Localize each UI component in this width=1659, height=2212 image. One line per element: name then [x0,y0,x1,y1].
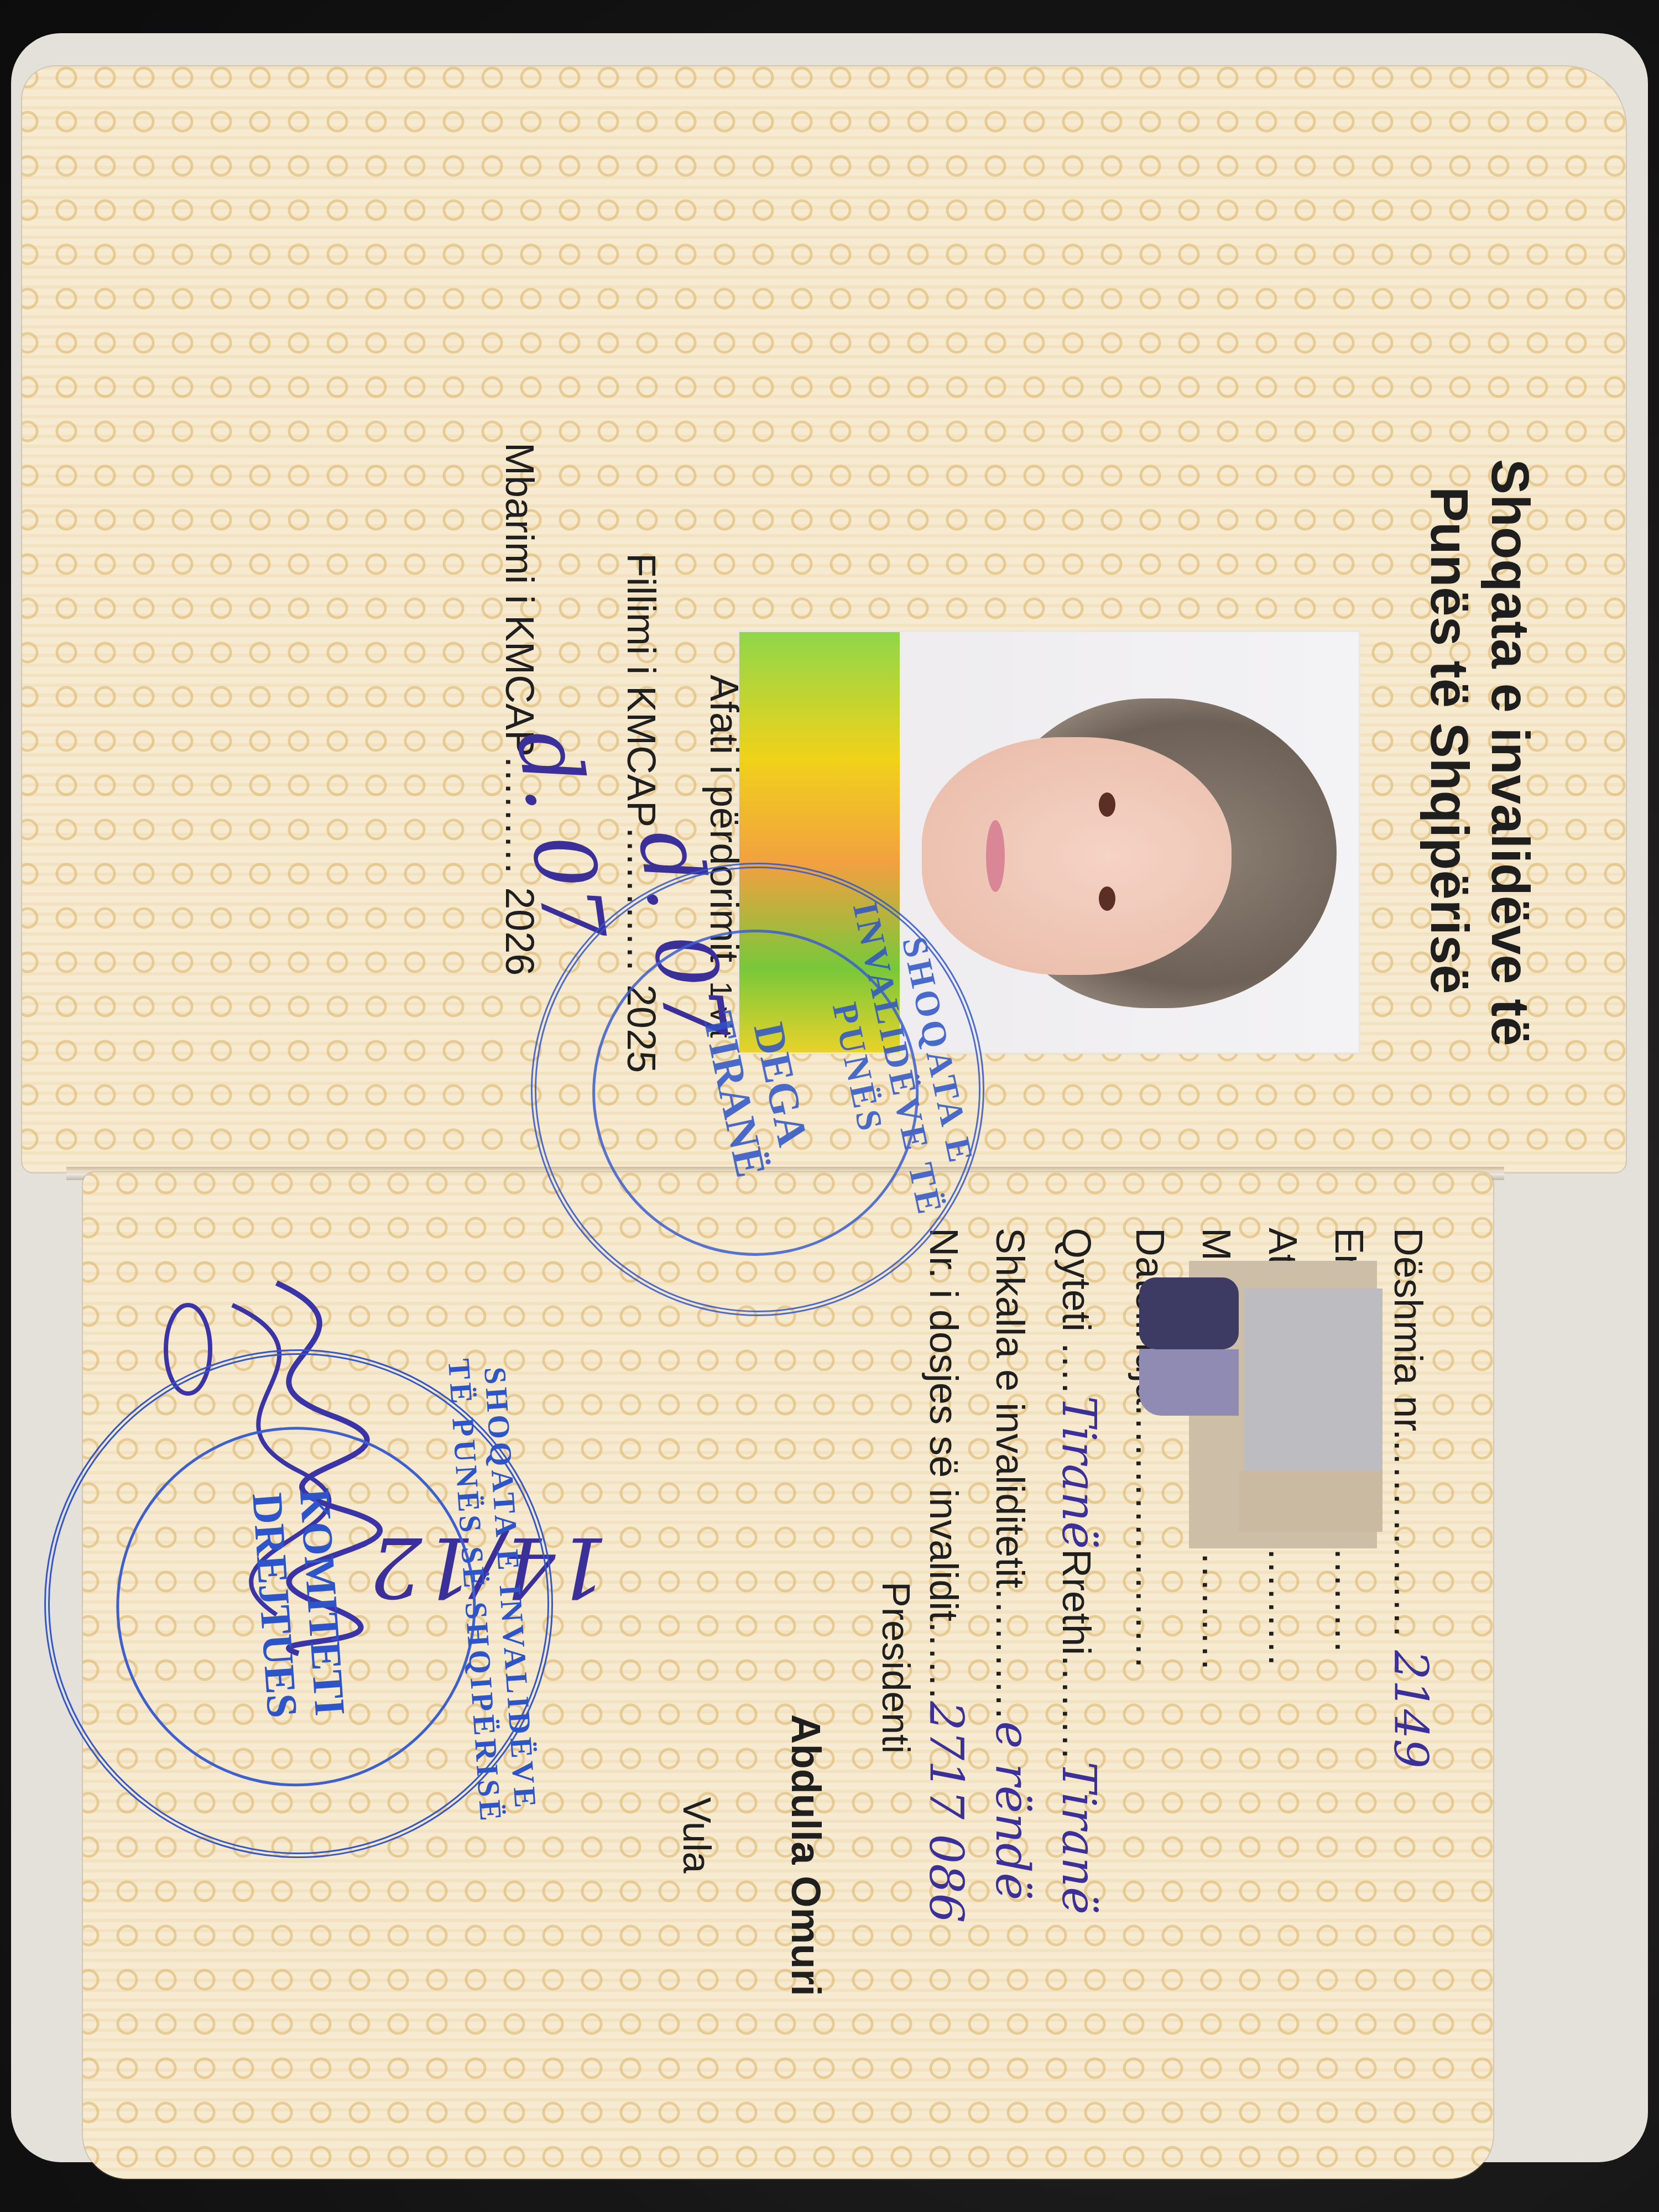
end-label: Mbarimi i KMCAP [497,442,541,757]
photo-face [922,737,1232,975]
redaction-patch [1239,1471,1383,1532]
stamp-inner-ring [104,1415,488,1798]
field-label: Shkalla e invaliditetit [988,1228,1032,1588]
field-city: Qyteti ....TiranëRrethi........Tiranë [1052,1228,1106,1914]
field-dots: .................... [1128,1405,1172,1670]
field-district-value: Tiranë [1052,1761,1106,1914]
field-label: Nr. i dosjes së invalidit [921,1228,966,1621]
field-district-label: Rrethi [1054,1549,1098,1655]
photo-eye [1099,886,1115,911]
field-dots: ............... [1386,1440,1430,1639]
field-dots: .......... [988,1588,1032,1721]
field-dots: ........ [1054,1655,1098,1761]
start-label: Fillimi i KMCAP [619,553,663,827]
field-certificate-number: Dëshmia nr................ 2149 [1384,1228,1438,1768]
redaction-patch [1244,1288,1383,1471]
field-value: 2149 [1384,1650,1438,1768]
photographed-booklet: Shoqata e invalidëve të Punës të Shqipër… [0,0,1659,2212]
redaction-patch [1139,1277,1239,1349]
field-value: e rëndë [985,1721,1040,1900]
president-name: Abdulla Omuri [782,1714,830,1996]
field-disability-degree: Shkalla e invaliditetit..........e rëndë [985,1228,1040,1900]
field-dots: ...... [921,1621,966,1701]
field-label: Qyteti [1054,1228,1098,1332]
field-value: 2717 086 [919,1701,973,1923]
organization-title-line1: Shoqata e invalidëve të [1481,459,1537,1046]
field-label: Dëshmia nr. [1386,1228,1430,1440]
president-label: Presidenti [874,1582,918,1754]
field-value: Tiranë [1052,1396,1106,1549]
redaction-patch [1139,1349,1239,1416]
field-file-number: Nr. i dosjes së invalidit......2717 086 [919,1228,973,1923]
organization-title-line2: Punës të Shqipërisë [1421,487,1477,994]
photo-mouth [986,820,1005,892]
photo-eye [1099,792,1115,817]
field-dots: .... [1054,1343,1098,1396]
seal-label: Vula [675,1797,719,1874]
